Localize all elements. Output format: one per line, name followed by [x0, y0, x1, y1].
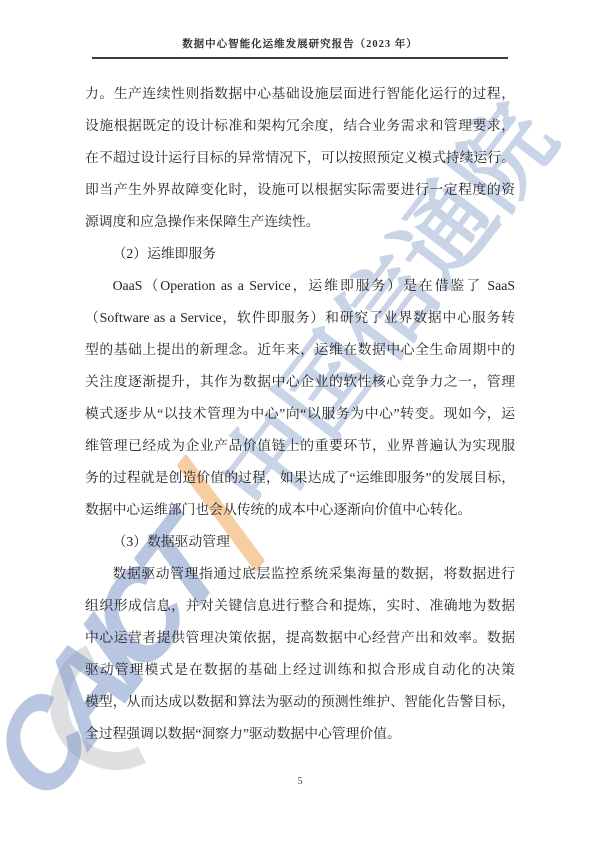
document-page: CAICT 中国信通院 数据中心智能化运维发展研究报告（2023 年） 力。生产…: [0, 0, 600, 848]
text-line: 模式逐步从“以技术管理为中心”向“以服务为中心”转变。现如今，运: [85, 398, 515, 430]
text-line: （Software as a Service，软件即服务）和研究了业界数据中心服…: [85, 302, 515, 334]
text-line: 型的基础上提出的新理念。近年来，运维在数据中心全生命周期中的: [85, 334, 515, 366]
text-line: 关注度逐渐提升，其作为数据中心企业的软性核心竞争力之一，管理: [85, 366, 515, 398]
text-line: 中心运营者提供管理决策依据，提高数据中心经营产出和效率。数据: [85, 622, 515, 654]
text-line: 务的过程就是创造价值的过程，如果达成了“运维即服务”的发展目标，: [85, 462, 515, 494]
text-line: 数据中心运维部门也会从传统的成本中心逐渐向价值中心转化。: [85, 494, 515, 526]
text-line: 驱动管理模式是在数据的基础上经过训练和拟合形成自动化的决策: [85, 654, 515, 686]
text-line: 维管理已经成为企业产品价值链上的重要环节，业界普遍认为实现服: [85, 430, 515, 462]
text-line: （2）运维即服务: [85, 238, 515, 270]
page-footer: 5: [0, 776, 600, 787]
body-text: 力。生产连续性则指数据中心基础设施层面进行智能化运行的过程，设施根据既定的设计标…: [85, 78, 515, 750]
text-line: 数据驱动管理指通过底层监控系统采集海量的数据，将数据进行: [85, 558, 515, 590]
text-line: 组织形成信息，并对关键信息进行整合和提炼，实时、准确地为数据: [85, 590, 515, 622]
text-line: 设施根据既定的设计标准和架构冗余度，结合业务需求和管理要求，: [85, 110, 515, 142]
text-line: OaaS（Operation as a Service，运维即服务）是在借鉴了 …: [85, 270, 515, 302]
text-line: 全过程强调以数据“洞察力”驱动数据中心管理价值。: [85, 718, 515, 750]
text-line: 源调度和应急操作来保障生产连续性。: [85, 206, 515, 238]
text-line: 即当产生外界故障变化时，设施可以根据实际需要进行一定程度的资: [85, 174, 515, 206]
text-line: 力。生产连续性则指数据中心基础设施层面进行智能化运行的过程，: [85, 78, 515, 110]
page-header: 数据中心智能化运维发展研究报告（2023 年）: [92, 36, 508, 59]
text-line: （3）数据驱动管理: [85, 526, 515, 558]
text-line: 在不超过设计运行目标的异常情况下，可以按照预定义模式持续运行。: [85, 142, 515, 174]
page-number: 5: [298, 776, 303, 787]
text-line: 模型，从而达成以数据和算法为驱动的预测性维护、智能化告警目标，: [85, 686, 515, 718]
running-head-title: 数据中心智能化运维发展研究报告（2023 年）: [92, 36, 508, 51]
